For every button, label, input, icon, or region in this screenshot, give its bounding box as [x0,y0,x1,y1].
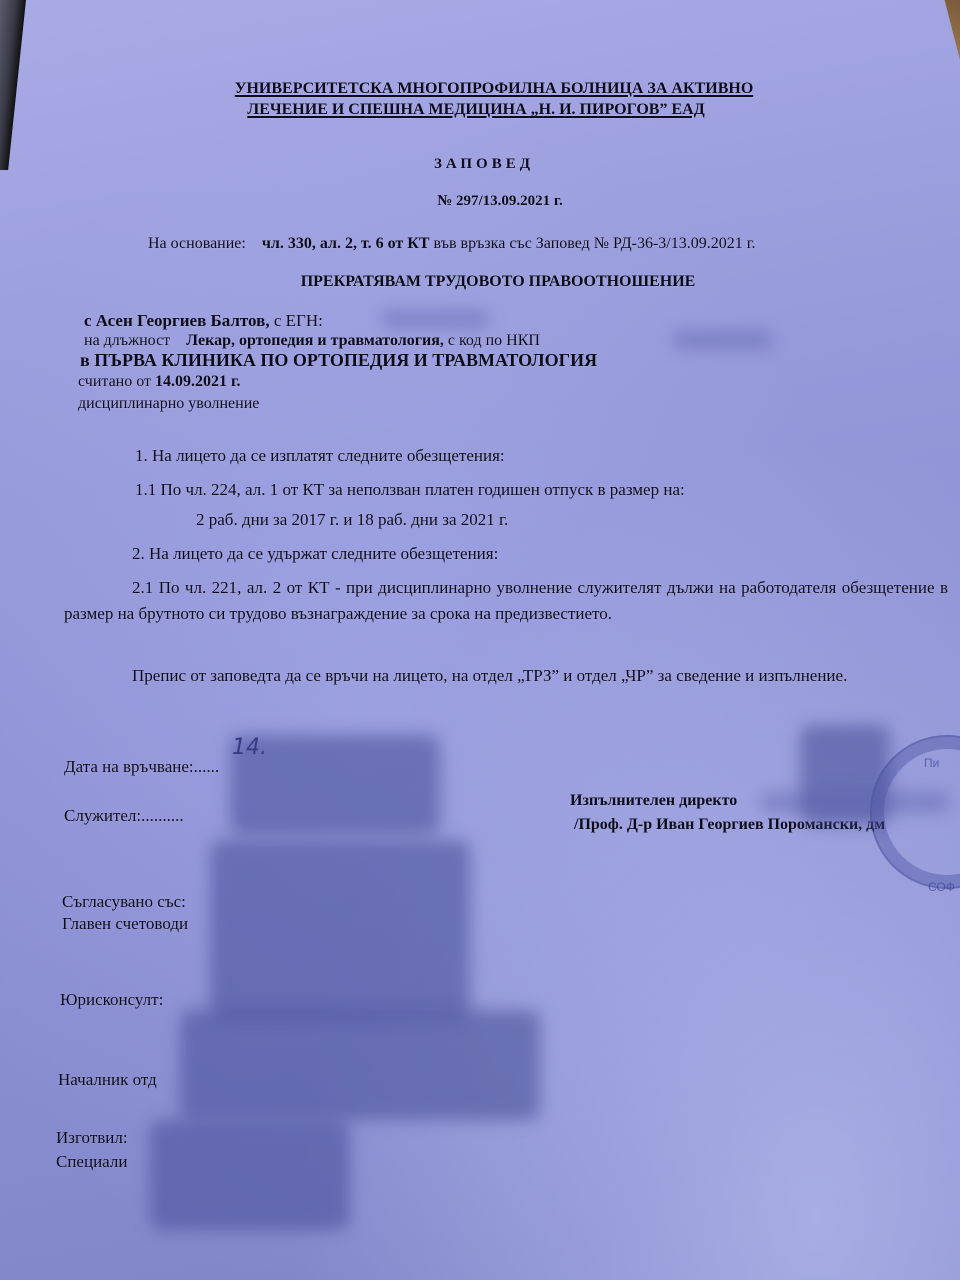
copy-distribution-note: Препис от заповедта да се връчи на лицет… [64,662,948,690]
item-1-1-detail: 2 раб. дни за 2017 г. и 18 раб. дни за 2… [196,510,508,530]
redacted-signature-area [230,735,440,835]
approval-label: Юрисконсулт: [60,990,163,1010]
department-line: в ПЪРВА КЛИНИКА ПО ОРТОПЕДИЯ И ТРАВМАТОЛ… [80,350,597,371]
effective-date-line: считано от 14.09.2021 г. [78,373,241,391]
department-name: ПЪРВА КЛИНИКА ПО ОРТОПЕДИЯ И ТРАВМАТОЛОГ… [94,350,597,370]
item-2: 2. На лицето да се удържат следните обез… [132,544,498,564]
approval-label: Изготвил: [56,1128,128,1148]
position-value: Лекар, ортопедия и травматология, [186,332,444,349]
redacted-preparer [150,1120,350,1230]
approval-label: Специали [56,1152,127,1172]
employee-name-line: с Асен Георгиев Балтов, с ЕГН: [84,311,323,331]
item-1: 1. На лицето да се изплатят следните обе… [135,446,505,466]
stamp-fragment: Пи [924,756,939,770]
item-2-1: 2.1 По чл. 221, ал. 2 от КТ - при дисцип… [64,575,948,627]
document-title: ЗАПОВЕД [434,156,534,173]
dismissal-reason: дисциплинарно уволнение [78,395,259,413]
termination-heading: ПРЕКРАТЯВАМ ТРУДОВОТО ПРАВООТНОШЕНИЕ [301,273,696,291]
institution-header-line2: ЛЕЧЕНИЕ И СПЕШНА МЕДИЦИНА „Н. И. ПИРОГОВ… [247,101,704,119]
employee-name: Асен Георгиев Балтов, [96,311,270,330]
approval-label: Главен счетоводи [62,914,188,934]
director-title: Изпълнителен директо [570,792,737,810]
redacted-approvals [180,1010,540,1120]
basis-related-order: във връзка със Заповед № РД-36-3/13.09.2… [434,235,756,252]
delivery-date-label: Дата на връчване:...... [64,757,219,777]
approval-label: Началник отд [58,1070,157,1090]
employee-position-line: на длъжност Лекар, ортопедия и травматол… [84,332,540,350]
effective-date: 14.09.2021 г. [155,373,240,390]
redacted-director-title [760,792,950,812]
employee-signature-label: Служител:.......... [64,806,184,826]
egn-label: с ЕГН: [274,311,323,330]
effective-date-label: считано от [78,373,151,390]
order-number: № 297/13.09.2021 г. [437,193,563,210]
approval-label: Съгласувано със: [62,892,186,912]
basis-legal-reference: чл. 330, ал. 2, т. 6 от КТ [262,235,430,252]
nkp-code-label: с код по НКП [448,332,540,349]
institution-header-line1: УНИВЕРСИТЕТСКА МНОГОПРОФИЛНА БОЛНИЦА ЗА … [235,80,754,98]
redacted-nkp-code [672,331,772,349]
stamp-fragment: СОФ [928,880,955,894]
basis-line: На основание: чл. 330, ал. 2, т. 6 от КТ… [148,235,755,253]
position-label: на длъжност [84,332,170,349]
redacted-approvals [210,840,470,1020]
item-1-1: 1.1 По чл. 224, ал. 1 от КТ за неползван… [135,480,685,500]
department-prefix: в [80,350,90,370]
basis-label: На основание: [148,235,246,252]
employee-prefix: с [84,311,92,330]
redacted-egn [380,310,490,328]
